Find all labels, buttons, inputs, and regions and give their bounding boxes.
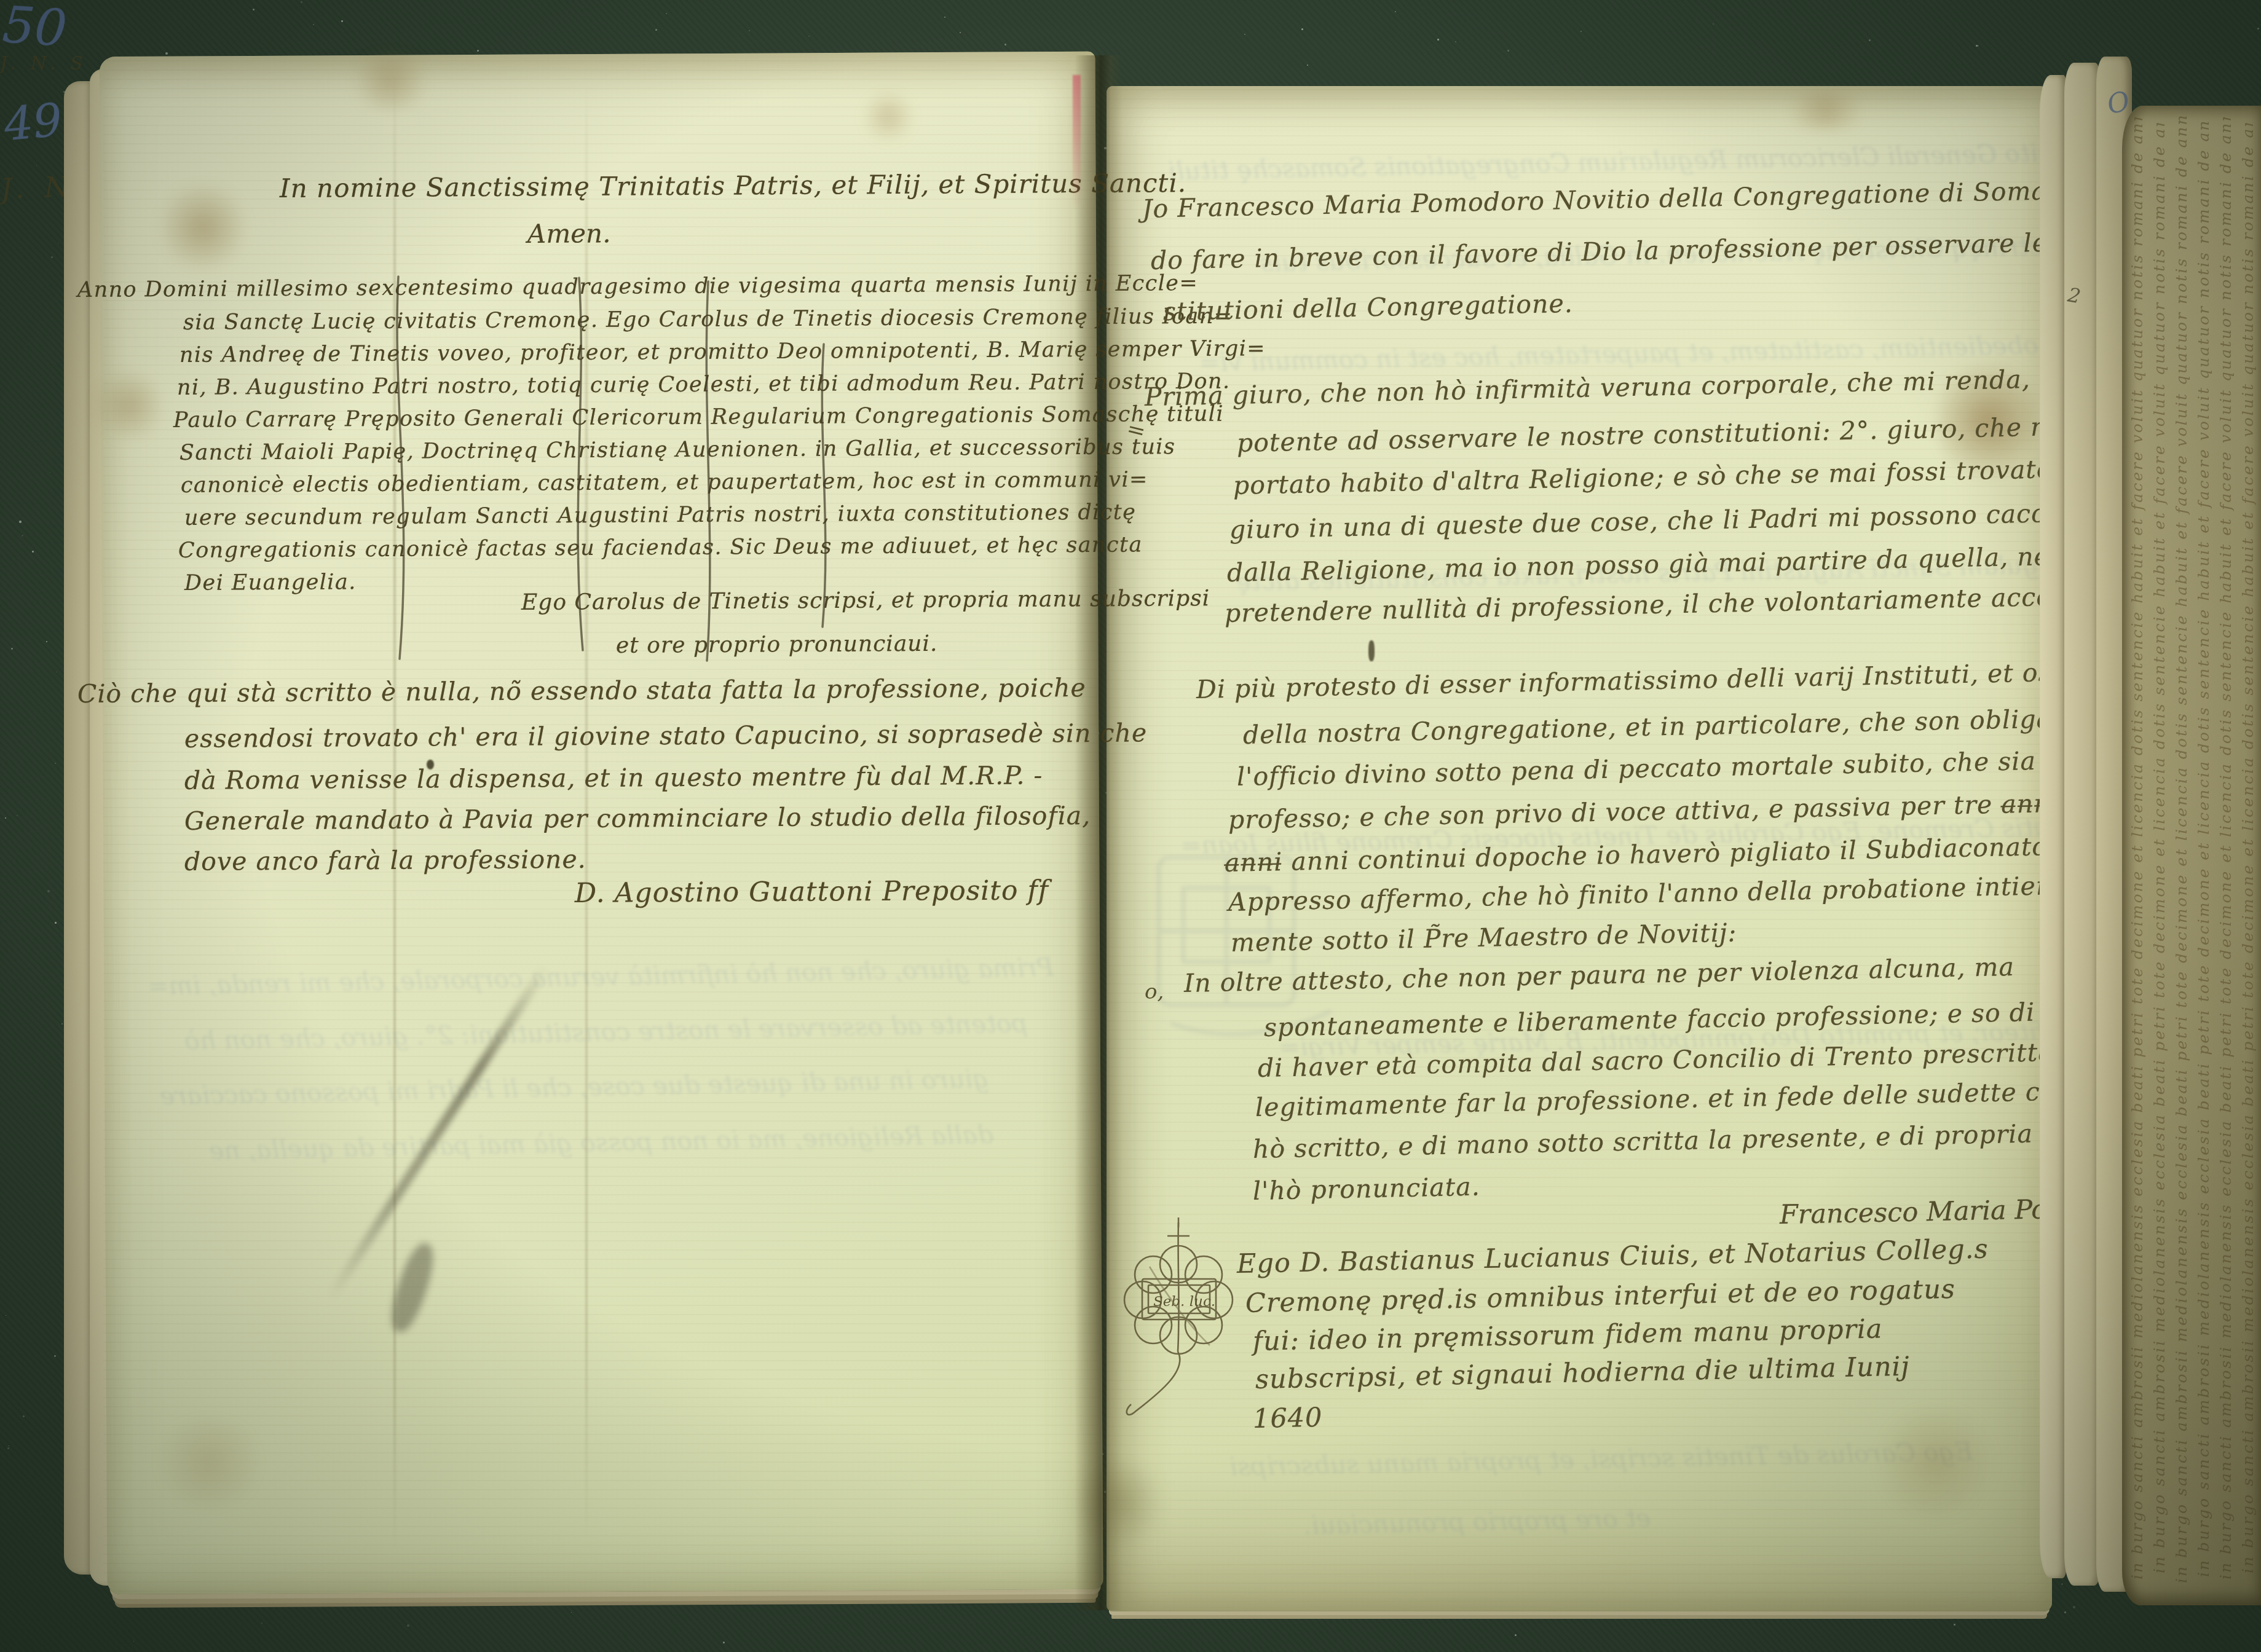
parchment-script-column: in burgo sancti ambrosii mediolanensis e… [2150, 123, 2170, 1573]
parchment-script-column: in burgo sancti ambrosii mediolanensis e… [2128, 117, 2148, 1579]
book-gutter-shadow [1075, 55, 1123, 1610]
fore-edge-strip [2040, 75, 2067, 1578]
parchment-script-column: in burgo sancti ambrosii mediolanensis e… [2172, 114, 2192, 1583]
red-ribbon-streak [1073, 75, 1081, 210]
margin-mark: o, [1145, 980, 1164, 1004]
parchment-script-column: in burgo sancti ambrosii mediolanensis e… [2239, 123, 2259, 1573]
photograph-of-open-manuscript: 49 J. N. S In nomine Sanctissimę Trinita… [0, 0, 2261, 1652]
parchment-script-column: in burgo sancti ambrosii mediolanensis e… [2195, 120, 2214, 1577]
notary-seal-label: Seb. luc. [1153, 1294, 1215, 1310]
parchment-script-column: in burgo sancti ambrosii mediolanensis e… [2217, 117, 2236, 1579]
notary-seal: Seb. luc. [1114, 1214, 1246, 1426]
